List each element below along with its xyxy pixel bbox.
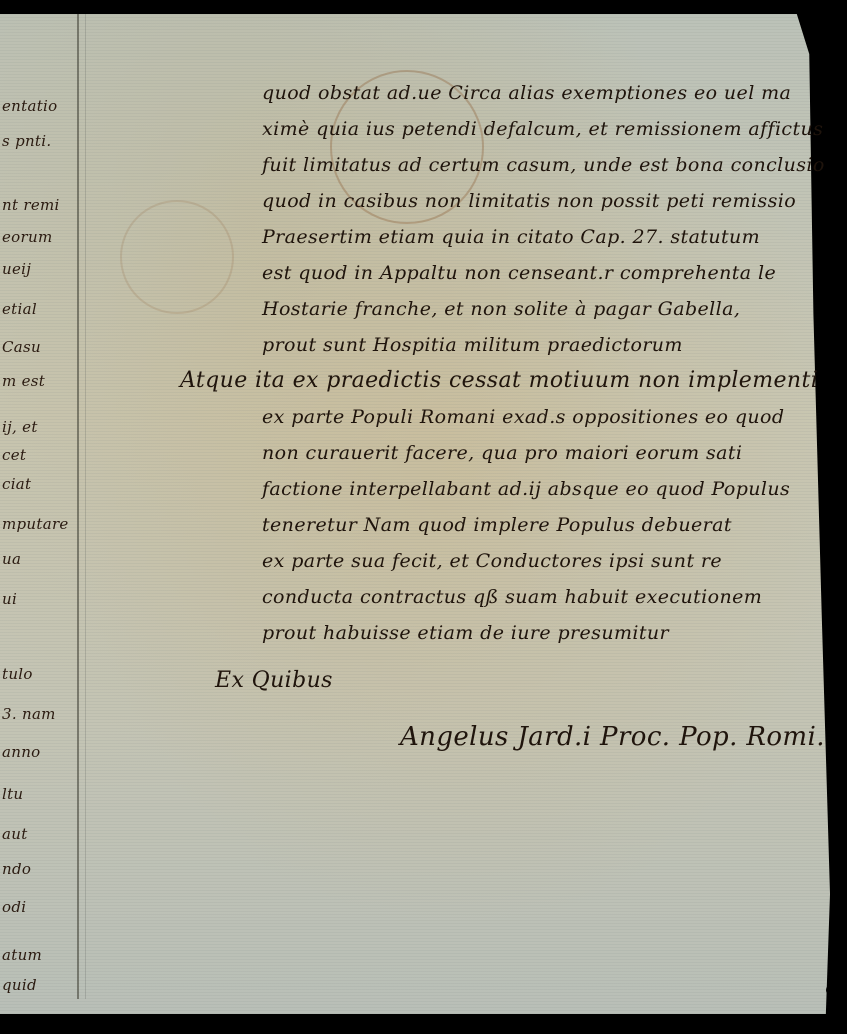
text-line: non curauerit facere, qua pro maiori eor…	[262, 442, 742, 464]
text-line: Hostarie franche, et non solite à pagar …	[262, 298, 740, 320]
text-line: est quod in Appaltu non censeant.r compr…	[262, 262, 776, 284]
text-line: prout sunt Hospitia militum praedictorum	[262, 334, 683, 356]
text-line: ex parte Populi Romani exad.s opposition…	[262, 406, 784, 428]
text-line: fuit limitatus ad certum casum, unde est…	[262, 154, 825, 176]
text-line: ex parte sua fecit, et Conductores ipsi …	[262, 550, 722, 572]
signature: Angelus Jard.i Proc. Pop. Romi.	[400, 722, 825, 752]
closing-phrase: Ex Quibus	[215, 668, 333, 693]
text-line: teneretur Nam quod implere Populus debue…	[262, 514, 732, 536]
text-line: quod obstat ad.ue Circa alias exemptione…	[262, 82, 791, 104]
main-text-block: quod obstat ad.ue Circa alias exemptione…	[0, 0, 847, 1034]
text-line: ximè quia ius petendi defalcum, et remis…	[262, 118, 823, 140]
text-line: conducta contractus qß suam habuit execu…	[262, 586, 762, 608]
text-line: prout habuisse etiam de iure presumitur	[262, 622, 669, 644]
text-line: Praesertim etiam quia in citato Cap. 27.…	[262, 226, 760, 248]
text-line: quod in casibus non limitatis non possit…	[262, 190, 796, 212]
text-line: Atque ita ex praedictis cessat motiuum n…	[180, 368, 818, 393]
text-line: factione interpellabant ad.ij absque eo …	[262, 478, 790, 500]
